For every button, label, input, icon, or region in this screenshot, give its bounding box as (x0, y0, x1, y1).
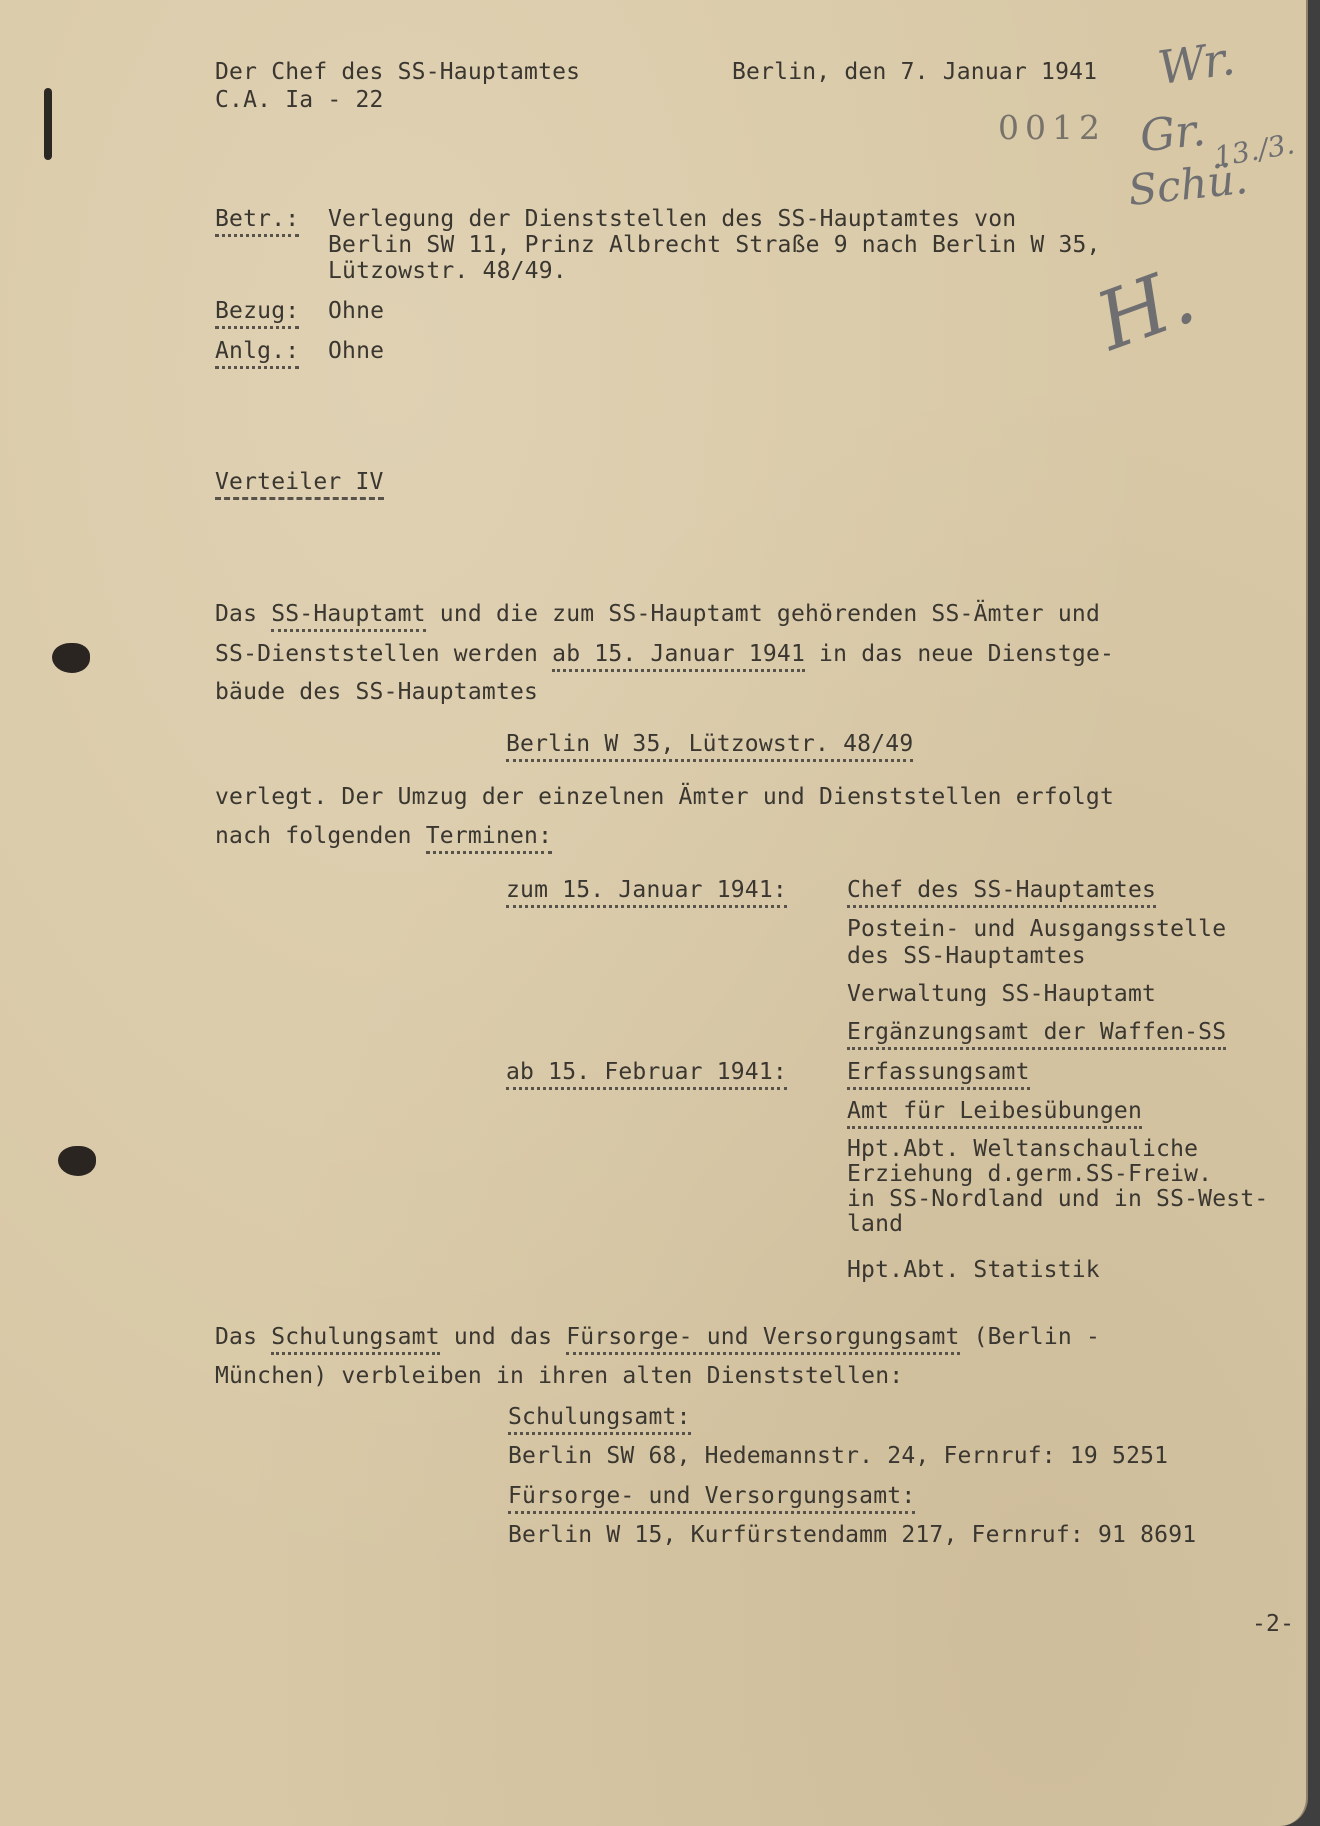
schedule-office: Erfassungsamt (847, 1058, 1030, 1086)
punch-hole (52, 643, 90, 673)
office-2-label: Fürsorge- und Versorgungsamt: (508, 1482, 915, 1510)
schedule-office: Ergänzungsamt der Waffen-SS (847, 1018, 1226, 1046)
subject-line-1: Verlegung der Dienststellen des SS-Haupt… (328, 205, 1016, 233)
schedule-office: Chef des SS-Hauptamtes (847, 876, 1156, 904)
document-date: Berlin, den 7. Januar 1941 (732, 58, 1097, 86)
schedule-office: Verwaltung SS-Hauptamt (847, 980, 1156, 1008)
subject-label: Betr.: (215, 205, 299, 233)
handwritten-initials: Wr. (1155, 31, 1239, 95)
schedule-date-2: ab 15. Februar 1941: (506, 1058, 787, 1086)
attachments-label: Anlg.: (215, 337, 299, 365)
remaining-line-1: Das Schulungsamt und das Fürsorge- und V… (215, 1323, 1100, 1351)
new-address: Berlin W 35, Lützowstr. 48/49 (506, 730, 913, 758)
body-line-2: SS-Dienststellen werden ab 15. Januar 19… (215, 640, 1114, 668)
schedule-date-1: zum 15. Januar 1941: (506, 876, 787, 904)
stamp-number: 0012 (998, 108, 1106, 147)
body-line-3: bäude des SS-Hauptamtes (215, 678, 538, 706)
body-line-5: nach folgenden Terminen: (215, 822, 552, 850)
body-line-1: Das SS-Hauptamt und die zum SS-Hauptamt … (215, 600, 1100, 628)
subject-line-2: Berlin SW 11, Prinz Albrecht Straße 9 na… (328, 231, 1101, 259)
schedule-office: Postein- und Ausgangsstelle des SS-Haupt… (847, 916, 1226, 970)
body-line-4: verlegt. Der Umzug der einzelnen Ämter u… (215, 783, 1114, 811)
subject-line-3: Lützowstr. 48/49. (328, 257, 567, 285)
document-page: Der Chef des SS-Hauptamtes C.A. Ia - 22 … (0, 0, 1308, 1826)
punch-hole (58, 1146, 96, 1176)
remaining-line-2: München) verbleiben in ihren alten Diens… (215, 1362, 903, 1390)
attachments-value: Ohne (328, 337, 384, 365)
handwritten-initial: H. (1085, 249, 1206, 369)
handwritten-date: 13./3. (1212, 127, 1297, 174)
handwritten-note-1: Gr. (1138, 105, 1208, 163)
schedule-office: Hpt.Abt. Statistik (847, 1256, 1100, 1284)
sender-reference: C.A. Ia - 22 (215, 86, 384, 114)
schedule-office: Hpt.Abt. Weltanschauliche Erziehung d.ge… (847, 1137, 1268, 1237)
schedule-office: Amt für Leibesübungen (847, 1097, 1142, 1125)
reference-value: Ohne (328, 297, 384, 325)
ink-mark (44, 88, 52, 160)
page-continuation: -2- (1252, 1610, 1294, 1638)
sender-line-1: Der Chef des SS-Hauptamtes (215, 58, 580, 86)
reference-label: Bezug: (215, 297, 299, 325)
distribution-label: Verteiler IV (215, 468, 384, 496)
office-1-address: Berlin SW 68, Hedemannstr. 24, Fernruf: … (508, 1442, 1168, 1470)
office-2-address: Berlin W 15, Kurfürstendamm 217, Fernruf… (508, 1521, 1196, 1549)
office-1-label: Schulungsamt: (508, 1403, 691, 1431)
